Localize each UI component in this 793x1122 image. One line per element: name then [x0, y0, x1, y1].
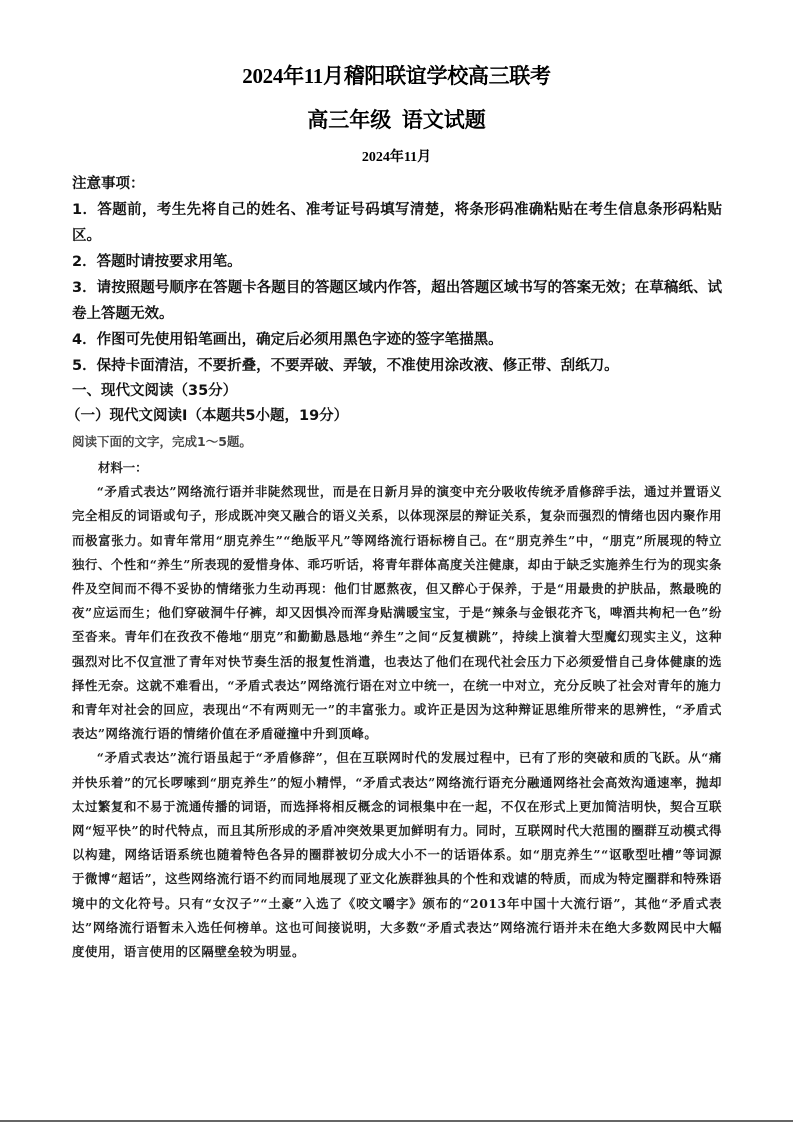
note-item-5: 5．保持卡面清洁，不要折叠，不要弄破、弄皱，不准使用涂改液、修正带、刮纸刀。 — [72, 353, 722, 379]
note-item-1: 1．答题前，考生先将自己的姓名、准考证号码填写清楚，将条形码准确粘贴在考生信息条… — [72, 197, 722, 249]
note-item-2: 2．答题时请按要求用笔。 — [72, 249, 722, 275]
exam-title: 2024年11月稽阳联谊学校高三联考 — [0, 60, 793, 90]
notes-block: 注意事项： 1．答题前，考生先将自己的姓名、准考证号码填写清楚，将条形码准确粘贴… — [72, 171, 722, 964]
subsection-title: （一）现代文阅读Ⅰ（本题共5小题，19分） — [66, 404, 722, 429]
passage-body: “矛盾式表达”网络流行语并非陡然现世，而是在日新月异的演变中充分吸收传统矛盾修辞… — [72, 480, 722, 964]
passage-paragraph-1: “矛盾式表达”网络流行语并非陡然现世，而是在日新月异的演变中充分吸收传统矛盾修辞… — [72, 480, 722, 746]
reading-instruction: 阅读下面的文字，完成1～5题。 — [72, 429, 722, 454]
section-title: 一、现代文阅读（35分） — [72, 379, 722, 404]
exam-date: 2024年11月 — [0, 146, 793, 166]
note-item-4: 4．作图可先使用铅笔画出，确定后必须用黑色字迹的签字笔描黑。 — [72, 327, 722, 353]
note-item-3: 3．请按照题号顺序在答题卡各题目的答题区域内作答，超出答题区域书写的答案无效；在… — [72, 275, 722, 327]
exam-subtitle: 高三年级 语文试题 — [0, 104, 793, 134]
passage-paragraph-2: “矛盾式表达”流行语虽起于“矛盾修辞”，但在互联网时代的发展过程中，已有了形的突… — [72, 746, 722, 964]
material-label: 材料一： — [72, 456, 722, 480]
notes-heading: 注意事项： — [72, 171, 722, 197]
